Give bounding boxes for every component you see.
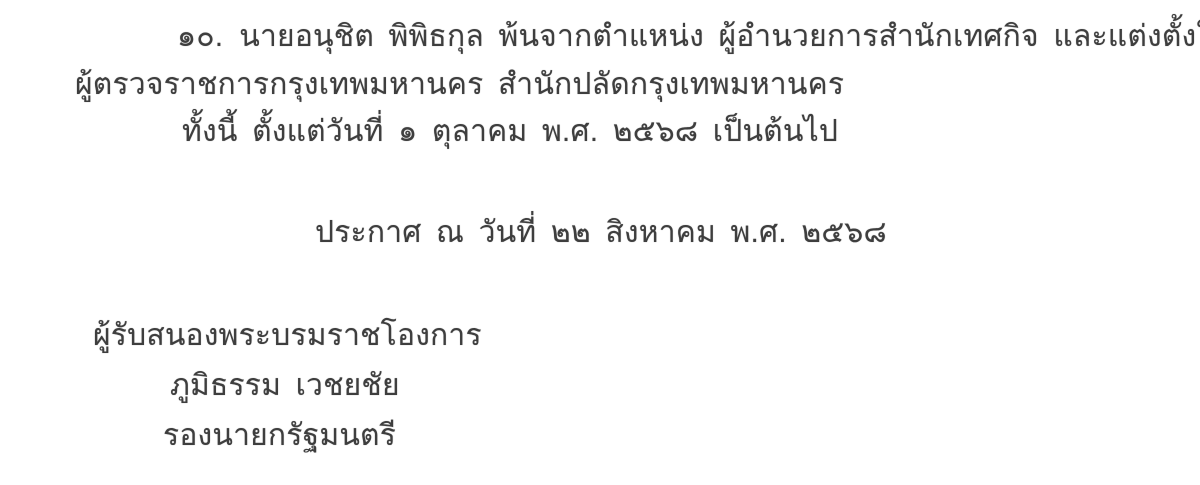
countersigner-name: ภูมิธรรม เวชยชัย [170,366,400,407]
effective-date-line: ทั้งนี้ ตั้งแต่วันที่ ๑ ตุลาคม พ.ศ. ๒๕๖๘… [182,112,838,153]
countersign-label: ผู้รับสนองพระบรมราชโองการ [93,316,482,357]
item-number: ๑๐. [177,17,223,58]
countersigner-title: รองนายกรัฐมนตรี [163,416,396,457]
document-page: ๑๐.นายอนุชิต พิพิธกุล พ้นจากตำแหน่ง ผู้อ… [0,0,1200,485]
proclamation-date-line: ประกาศ ณ วันที่ ๒๒ สิงหาคม พ.ศ. ๒๕๖๘ [315,213,887,254]
item-10-line-1: ๑๐.นายอนุชิต พิพิธกุล พ้นจากตำแหน่ง ผู้อ… [177,17,1200,58]
item-10-line-2: ผู้ตรวจราชการกรุงเทพมหานคร สำนักปลัดกรุง… [75,65,844,106]
item-10-text: นายอนุชิต พิพิธกุล พ้นจากตำแหน่ง ผู้อำนว… [239,20,1200,53]
